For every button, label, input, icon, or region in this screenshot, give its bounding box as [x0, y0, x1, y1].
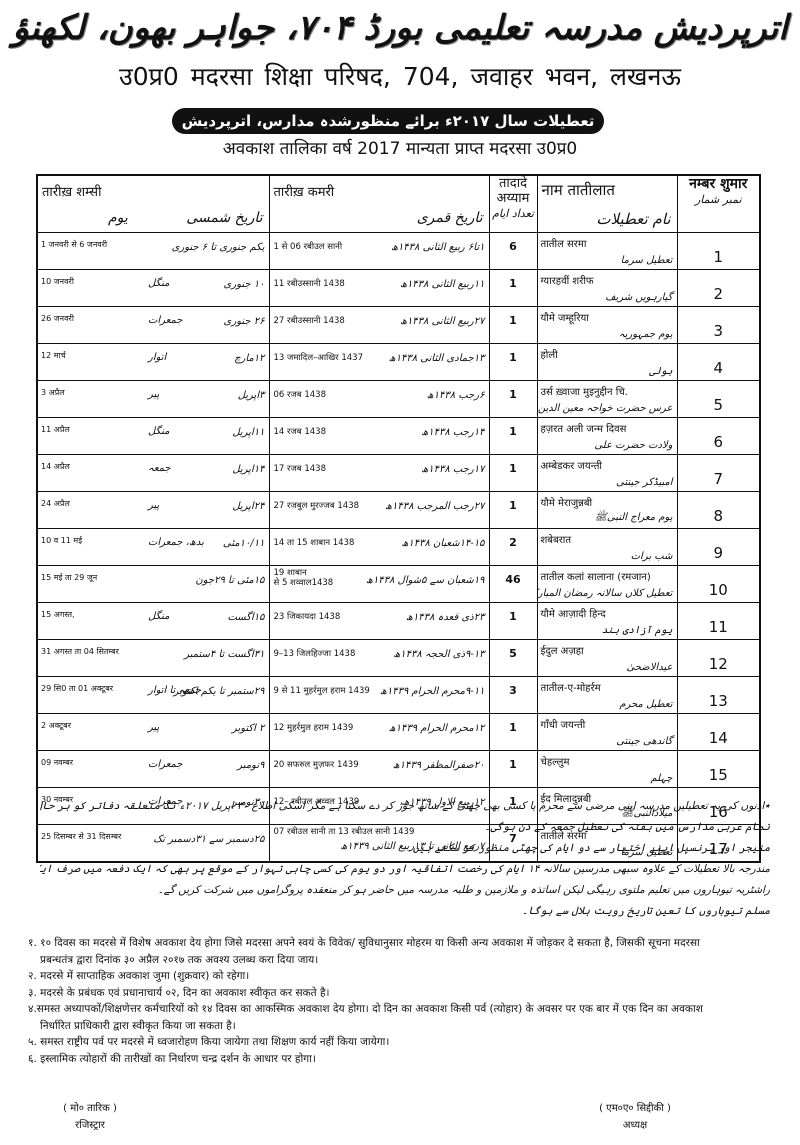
- holiday-name-urdu: تعطیل کلاں سالانہ رمضان المبارک: [537, 588, 673, 599]
- gregorian-date-urdu: ۱۰/۱۱مئی: [223, 538, 265, 549]
- holiday-name-cell: यौमे जम्हूरियाیوم جمہوریہ: [537, 307, 677, 344]
- weekday-urdu: منگل: [148, 278, 169, 289]
- hindi-note-line: ५. समस्त राष्ट्रीय पर्व पर मदरसे में ध्व…: [28, 1034, 778, 1051]
- gregorian-date-urdu: ۲۶ جنوری: [224, 316, 265, 327]
- weekday-urdu: منگل: [148, 426, 169, 437]
- holiday-name-hindi: तातील कलां सालाना (रमजान): [541, 569, 651, 583]
- hijri-date-cell: 14 ता 15 शाबान 1438۱۴-۱۵شعبان ۱۴۳۸ھ: [269, 529, 489, 566]
- weekday-urdu: پیر: [148, 500, 159, 511]
- weekday-urdu: جمعرات: [148, 315, 183, 326]
- gregorian-date-cell: 29 सि0 ता 01 अक्टूबरجمعہ تا اتوار۲۹ستمبر…: [37, 677, 269, 714]
- hijri-date-cell: 27 रजबुल मुरज्जब 1438۲۷رجب المرجب ۱۴۳۸ھ: [269, 492, 489, 529]
- table-row: 10 व 11 मईبدھ، جمعرات۱۰/۱۱مئی14 ता 15 शा…: [37, 529, 760, 566]
- gregorian-date-urdu: ۳اپریل: [238, 390, 265, 401]
- hijri-date-cell: 9–13 जिलहिज्जा 1438۹-۱۳ذی الحجہ ۱۴۳۸ھ: [269, 640, 489, 677]
- weekday-urdu: جمعہ: [148, 463, 171, 474]
- holiday-name-urdu: تعطیل محرم: [619, 699, 672, 710]
- hijri-date-hindi: 27 रबीउस्सानी 1438: [274, 316, 345, 326]
- gregorian-date-cell: 10 व 11 मईبدھ، جمعرات۱۰/۱۱مئی: [37, 529, 269, 566]
- urdu-banner: تعطیلات سال ۲۰۱۷ء برائے منظورشدہ مدارس، …: [172, 108, 604, 134]
- serial-number: 8: [677, 492, 760, 529]
- gregorian-date-cell: 15 अगस्त,منگل۱۵اگست: [37, 603, 269, 640]
- gregorian-date-urdu: ۲۴اپریل: [232, 501, 264, 512]
- gregorian-date-hindi: 09 नवम्बर: [41, 757, 73, 768]
- hijri-date-cell: 9 से 11 मुहर्रमुल हराम 1439۹-۱۱محرم الحر…: [269, 677, 489, 714]
- urdu-notes: ٭ادنوں کی یہ تعطیلیں مدرسہ اپنی مرضی سے …: [40, 796, 770, 922]
- holiday-name-urdu: یوم معراج النبیﷺ: [595, 511, 673, 525]
- serial-number: 6: [677, 418, 760, 455]
- hijri-date-hindi: 06 रजब 1438: [274, 390, 327, 400]
- hijri-date-urdu: ۲۷ربیع الثانی ۱۴۳۸ھ: [400, 316, 485, 327]
- holiday-name-hindi: यौमे मेराजुन्नबी: [541, 495, 593, 509]
- holiday-name-cell: यौमे आज़ादी हिन्दیوم آزادی ہند: [537, 603, 677, 640]
- gregorian-date-hindi: 15 अगस्त,: [41, 609, 75, 620]
- serial-number: 15: [677, 751, 760, 788]
- gregorian-date-hindi: 24 अप्रैल: [41, 498, 70, 509]
- hijri-date-hindi: 19 शाबान से 5 शव्वाल1438: [274, 568, 334, 588]
- number-of-days: 1: [489, 455, 537, 492]
- urdu-note-line: مندرجہ بالا تعطیلات کے علاوہ سبھی مدرسین…: [40, 859, 770, 880]
- gregorian-date-hindi: 31 अगस्त ता 04 सितम्बर: [41, 646, 119, 657]
- gregorian-date-urdu: ۲۹ستمبر تا یکم اکتوبر: [174, 686, 265, 697]
- hijri-date-urdu: ۲۷رجب المرجب ۱۴۳۸ھ: [385, 501, 485, 512]
- hijri-date-hindi: 11 रबीउस्सानी 1438: [274, 279, 345, 289]
- hijri-date-urdu: ۱۲محرم الحرام ۱۴۳۹ھ: [389, 723, 485, 734]
- holiday-table: तारीख़ शम्सी یوم تاریخ شمسی तारीख़ कमरी …: [36, 174, 761, 863]
- gregorian-date-urdu: ۹نومبر: [237, 760, 264, 771]
- hijri-date-hindi: 12 मुहर्रमुल हराम 1439: [274, 723, 354, 733]
- urdu-board-title: اترپردیش مدرسہ تعلیمی بورڈ ۷۰۴، جواہر بھ…: [0, 6, 800, 50]
- urdu-note-line: تمام عربی مدارس میں ہفتہ کی تعطیل جمعہ ک…: [40, 817, 770, 838]
- number-of-days: 1: [489, 270, 537, 307]
- hijri-date-urdu: ۱۷رجب ۱۴۳۸ھ: [421, 464, 484, 475]
- registrar-title: रजिस्ट्रार: [50, 1117, 130, 1134]
- gregorian-date-urdu: ۱۴اپریل: [232, 464, 264, 475]
- holiday-name-hindi: चेहल्लुम: [541, 754, 570, 768]
- weekday-urdu: اتوار: [148, 352, 166, 363]
- holiday-name-hindi: ईदुल अज़हा: [541, 643, 584, 657]
- holiday-name-urdu: یوم جمہوریہ: [619, 329, 673, 340]
- table-row: 11 अप्रैलمنگل۱۱اپریل14 रजब 1438۱۴رجب ۱۴۳…: [37, 418, 760, 455]
- hijri-date-hindi: 27 रजबुल मुरज्जब 1438: [274, 501, 360, 511]
- gregorian-date-cell: 1 जनवरी से 6 जनवरीیکم جنوری تا ۶ جنوری: [37, 233, 269, 270]
- number-of-days: 3: [489, 677, 537, 714]
- gregorian-date-cell: 15 मई ता 29 जून۱۵مئی تا ۲۹جون: [37, 566, 269, 603]
- table-row: 29 सि0 ता 01 अक्टूबरجمعہ تا اتوار۲۹ستمبر…: [37, 677, 760, 714]
- gregorian-date-urdu: یکم جنوری تا ۶ جنوری: [172, 242, 265, 253]
- gregorian-date-hindi: 15 मई ता 29 जून: [41, 572, 97, 583]
- hijri-date-urdu: ۱۴رجب ۱۴۳۸ھ: [421, 427, 484, 438]
- hijri-date-hindi: 13 जमादिल–आखिर 1437: [274, 353, 364, 363]
- hindi-notes: १. १० दिवस का मदरसे में विशेष अवकाश देय …: [28, 935, 778, 1067]
- hijri-date-hindi: 14 ता 15 शाबान 1438: [274, 538, 355, 548]
- serial-number: 2: [677, 270, 760, 307]
- table-row: 15 मई ता 29 जून۱۵مئی تا ۲۹جون19 शाबान से…: [37, 566, 760, 603]
- weekday-urdu: پیر: [148, 722, 159, 733]
- weekday-urdu: بدھ، جمعرات: [148, 537, 204, 548]
- chairman-title: अध्यक्ष: [590, 1117, 680, 1134]
- gregorian-date-urdu: ۱۵مئی تا ۲۹جون: [195, 575, 264, 586]
- table-row: 3 अप्रैलپیر۳اپریل06 रजब 1438۶رجب ۱۴۳۸ھ1उ…: [37, 381, 760, 418]
- gregorian-date-hindi: 10 व 11 मई: [41, 535, 82, 546]
- gregorian-date-cell: 31 अगस्त ता 04 सितम्बर۳۱اگست تا ۴ستمبر: [37, 640, 269, 677]
- serial-number: 1: [677, 233, 760, 270]
- table-row: 12 मार्चاتوار۱۲مارچ13 जमादिल–आखिर 1437۱۳…: [37, 344, 760, 381]
- holiday-name-cell: उर्स ख़्वाजा मुइनुद्दीन चि.عرس حضرت خواج…: [537, 381, 677, 418]
- serial-number: 4: [677, 344, 760, 381]
- urdu-note-line: منیجر اور پرنسپل اپنے اختیار سے دو ایام …: [40, 838, 770, 859]
- header-number-of-days: तादादे अय्याम تعداد ایام: [489, 175, 537, 233]
- number-of-days: 1: [489, 603, 537, 640]
- number-of-days: 1: [489, 492, 537, 529]
- hijri-date-urdu: ۹-۱۳ذی الحجہ ۱۴۳۸ھ: [393, 649, 484, 660]
- chairman-name: ( एम०ए० सिद्दीकी ): [590, 1100, 680, 1117]
- hijri-date-hindi: 17 रजब 1438: [274, 464, 327, 474]
- hindi-note-line: प्रबन्धतंत्र द्वारा दिनांक ३० अप्रैल २०१…: [28, 952, 778, 969]
- hindi-board-title: उ0प्र0 मदरसा शिक्षा परिषद, 704, जवाहर भव…: [0, 62, 800, 92]
- hijri-date-cell: 27 रबीउस्सानी 1438۲۷ربیع الثانی ۱۴۳۸ھ: [269, 307, 489, 344]
- hindi-note-line: निर्धारित प्राधिकारी द्वारा स्वीकृत किया…: [28, 1018, 778, 1035]
- table-header-row: तारीख़ शम्सी یوم تاریخ شمسی तारीख़ कमरी …: [37, 175, 760, 233]
- gregorian-date-cell: 2 अक्टूबरپیر۲ اکتوبر: [37, 714, 269, 751]
- holiday-name-cell: ग्यारहवीं शरीफگیارہویں شریف: [537, 270, 677, 307]
- hijri-date-urdu: ۲۳ذی قعدہ ۱۴۳۸ھ: [406, 612, 485, 623]
- registrar-name: ( मो० तारिक ): [50, 1100, 130, 1117]
- hijri-date-urdu: ۱۴-۱۵شعبان ۱۴۳۸ھ: [401, 538, 484, 549]
- hijri-date-urdu: ۱۹شعبان سے ۵شوال ۱۴۳۸ھ: [366, 575, 485, 586]
- holiday-name-urdu: چہلم: [650, 773, 672, 784]
- weekday-urdu: منگل: [148, 611, 169, 622]
- holiday-name-urdu: شب برات: [631, 551, 673, 562]
- gregorian-date-hindi: 11 अप्रैल: [41, 424, 70, 435]
- number-of-days: 46: [489, 566, 537, 603]
- hijri-date-urdu: ۱۳جمادی الثانی ۱۴۳۸ھ: [389, 353, 485, 364]
- chairman-signature: ( एम०ए० सिद्दीकी ) अध्यक्ष: [590, 1100, 680, 1134]
- table-row: 26 जनवरीجمعرات۲۶ جنوری27 रबीउस्सानी 1438…: [37, 307, 760, 344]
- hijri-date-urdu: ۱تا۶ ربیع الثانی ۱۴۳۸ھ: [391, 242, 485, 253]
- hijri-date-cell: 12 मुहर्रमुल हराम 1439۱۲محرم الحرام ۱۴۳۹…: [269, 714, 489, 751]
- table-row: 1 जनवरी से 6 जनवरीیکم جنوری تا ۶ جنوری1 …: [37, 233, 760, 270]
- holiday-name-cell: तातील-ए-मोहर्रमتعطیل محرم: [537, 677, 677, 714]
- weekday-urdu: پیر: [148, 389, 159, 400]
- table-row: 2 अक्टूबरپیر۲ اکتوبر12 मुहर्रमुल हराम 14…: [37, 714, 760, 751]
- serial-number: 5: [677, 381, 760, 418]
- holiday-name-hindi: अम्बेडकर जयन्ती: [541, 458, 603, 472]
- table-row: 10 जनवरीمنگل۱۰ جنوری11 रबीउस्सानी 1438۱۱…: [37, 270, 760, 307]
- holiday-name-hindi: तातील-ए-मोहर्रम: [541, 680, 601, 694]
- hindi-note-line: ६. इस्लामिक त्योहारों की तारीखों का निर्…: [28, 1051, 778, 1068]
- gregorian-date-hindi: 12 मार्च: [41, 350, 66, 361]
- serial-number: 12: [677, 640, 760, 677]
- registrar-signature: ( मो० तारिक ) रजिस्ट्रार: [50, 1100, 130, 1134]
- number-of-days: 2: [489, 529, 537, 566]
- number-of-days: 6: [489, 233, 537, 270]
- hijri-date-cell: 06 रजब 1438۶رجب ۱۴۳۸ھ: [269, 381, 489, 418]
- holiday-name-cell: होलीہولی: [537, 344, 677, 381]
- serial-number: 9: [677, 529, 760, 566]
- gregorian-date-urdu: ۱۰ جنوری: [224, 279, 265, 290]
- serial-number: 13: [677, 677, 760, 714]
- holiday-name-cell: तातील कलां सालाना (रमजान)تعطیل کلاں سالا…: [537, 566, 677, 603]
- holiday-name-urdu: گاندھی جینتی: [616, 736, 672, 747]
- urdu-note-line: ٭ادنوں کی یہ تعطیلیں مدرسہ اپنی مرضی سے …: [40, 796, 770, 817]
- number-of-days: 5: [489, 640, 537, 677]
- gregorian-date-hindi: 14 अप्रैल: [41, 461, 70, 472]
- hindi-subtitle: अवकाश तालिका वर्ष 2017 मान्यता प्राप्त म…: [0, 138, 800, 160]
- table-row: 31 अगस्त ता 04 सितम्बर۳۱اگست تا ۴ستمبر9–…: [37, 640, 760, 677]
- holiday-name-cell: यौमे मेराजुन्नबीیوم معراج النبیﷺ: [537, 492, 677, 529]
- serial-number: 3: [677, 307, 760, 344]
- gregorian-date-cell: 11 अप्रैलمنگل۱۱اپریل: [37, 418, 269, 455]
- holiday-name-hindi: होली: [541, 347, 558, 361]
- serial-number: 11: [677, 603, 760, 640]
- serial-number: 14: [677, 714, 760, 751]
- hindi-note-line: ४.समस्त अध्यापकों/शिक्षणेत्तर कर्मचारियो…: [28, 1001, 778, 1018]
- hijri-date-hindi: 14 रजब 1438: [274, 427, 327, 437]
- hijri-date-cell: 11 रबीउस्सानी 1438۱۱ربیع الثانی ۱۴۳۸ھ: [269, 270, 489, 307]
- holiday-name-hindi: यौमे जम्हूरिया: [541, 310, 589, 324]
- holiday-name-urdu: عیدالاضحیٰ: [627, 662, 673, 673]
- table-row: 09 नवम्बरجمعرات۹نومبر20 सफरुल मुज़फर 143…: [37, 751, 760, 788]
- table-row: 24 अप्रैलپیر۲۴اپریل27 रजबुल मुरज्जब 1438…: [37, 492, 760, 529]
- urdu-note-line: راشٹریہ تیوہاروں میں تعلیم ملتوی رہیگی ل…: [40, 880, 770, 901]
- gregorian-date-hindi: 29 सि0 ता 01 अक्टूबर: [41, 683, 113, 694]
- holiday-name-cell: तातील सरमाتعطیل سرما: [537, 233, 677, 270]
- holiday-name-urdu: ولادت حضرت علی: [594, 440, 672, 451]
- hindi-note-line: ३. मदरसे के प्रबंधक एवं प्रधानाचार्य ०२,…: [28, 985, 778, 1002]
- gregorian-date-cell: 24 अप्रैलپیر۲۴اپریل: [37, 492, 269, 529]
- holiday-name-urdu: یوم آزادی ہند: [602, 625, 673, 636]
- hijri-date-hindi: 20 सफरुल मुज़फर 1439: [274, 760, 359, 770]
- hijri-date-hindi: 1 से 06 रबीउल सानी: [274, 242, 343, 252]
- header-holiday-name: नाम तातीलात نام تعطیلات: [537, 175, 677, 233]
- hijri-date-urdu: ۹-۱۱محرم الحرام ۱۴۳۹ھ: [380, 686, 485, 697]
- gregorian-date-hindi: 26 जनवरी: [41, 313, 74, 324]
- hindi-note-line: २. मदरसे में साप्ताहिक अवकाश जुमा (शुक्र…: [28, 968, 778, 985]
- hijri-date-cell: 23 जिकायदा 1438۲۳ذی قعدہ ۱۴۳۸ھ: [269, 603, 489, 640]
- holiday-name-cell: चेहल्लुमچہلم: [537, 751, 677, 788]
- number-of-days: 1: [489, 751, 537, 788]
- gregorian-date-cell: 10 जनवरीمنگل۱۰ جنوری: [37, 270, 269, 307]
- holiday-name-hindi: गाँधी जयन्ती: [541, 717, 586, 731]
- gregorian-date-cell: 09 नवम्बरجمعرات۹نومبر: [37, 751, 269, 788]
- hijri-date-cell: 14 रजब 1438۱۴رجب ۱۴۳۸ھ: [269, 418, 489, 455]
- gregorian-date-cell: 12 मार्चاتوار۱۲مارچ: [37, 344, 269, 381]
- header-serial-number: नम्बर शुमार نمبر شمار: [677, 175, 760, 233]
- gregorian-date-hindi: 1 जनवरी से 6 जनवरी: [41, 239, 107, 250]
- gregorian-date-cell: 26 जनवरीجمعرات۲۶ جنوری: [37, 307, 269, 344]
- number-of-days: 1: [489, 307, 537, 344]
- holiday-name-hindi: उर्स ख़्वाजा मुइनुद्दीन चि.: [541, 384, 628, 398]
- gregorian-date-cell: 14 अप्रैलجمعہ۱۴اپریل: [37, 455, 269, 492]
- hijri-date-cell: 17 रजब 1438۱۷رجب ۱۴۳۸ھ: [269, 455, 489, 492]
- hijri-date-cell: 19 शाबान से 5 शव्वाल1438۱۹شعبان سے ۵شوال…: [269, 566, 489, 603]
- holiday-name-hindi: शबेबरात: [541, 532, 572, 546]
- urdu-note-line: مسلم تیوہاروں کا تعین تاریخ رویت ہلال سے…: [40, 901, 770, 922]
- gregorian-date-urdu: ۳۱اگست تا ۴ستمبر: [184, 649, 264, 660]
- serial-number: 10: [677, 566, 760, 603]
- header-hijri-date: तारीख़ कमरी تاریخ قمری: [269, 175, 489, 233]
- hijri-date-cell: 13 जमादिल–आखिर 1437۱۳جمادی الثانی ۱۴۳۸ھ: [269, 344, 489, 381]
- gregorian-date-hindi: 2 अक्टूबर: [41, 720, 71, 731]
- holiday-name-urdu: امبیڈکر جینتی: [616, 477, 672, 488]
- gregorian-date-urdu: ۱۵اگست: [227, 612, 264, 623]
- holiday-name-hindi: यौमे आज़ादी हिन्द: [541, 606, 606, 620]
- hijri-date-urdu: ۲۰صفرالمظفر ۱۴۳۹ھ: [393, 760, 485, 771]
- holiday-name-hindi: तातील सरमा: [541, 236, 587, 250]
- weekday-urdu: جمعرات: [148, 759, 183, 770]
- hijri-date-hindi: 23 जिकायदा 1438: [274, 612, 341, 622]
- table-row: 14 अप्रैलجمعہ۱۴اپریل17 रजब 1438۱۷رجب ۱۴۳…: [37, 455, 760, 492]
- holiday-name-cell: गाँधी जयन्तीگاندھی جینتی: [537, 714, 677, 751]
- header-gregorian-date: तारीख़ शम्सी یوم تاریخ شمسی: [37, 175, 269, 233]
- number-of-days: 1: [489, 714, 537, 751]
- hijri-date-cell: 1 से 06 रबीउल सानी۱تا۶ ربیع الثانی ۱۴۳۸ھ: [269, 233, 489, 270]
- number-of-days: 1: [489, 418, 537, 455]
- gregorian-date-urdu: ۱۲مارچ: [234, 353, 264, 364]
- holiday-name-hindi: ग्यारहवीं शरीफ: [541, 273, 594, 287]
- hijri-date-hindi: 9–13 जिलहिज्जा 1438: [274, 649, 356, 659]
- holiday-name-urdu: ہولی: [649, 366, 672, 377]
- serial-number: 7: [677, 455, 760, 492]
- gregorian-date-urdu: ۱۱اپریل: [232, 427, 264, 438]
- gregorian-date-hindi: 10 जनवरी: [41, 276, 74, 287]
- hijri-date-cell: 20 सफरुल मुज़फर 1439۲۰صفرالمظفر ۱۴۳۹ھ: [269, 751, 489, 788]
- gregorian-date-cell: 3 अप्रैलپیر۳اپریل: [37, 381, 269, 418]
- holiday-name-hindi: हज़रत अली जन्म दिवस: [541, 421, 627, 435]
- holiday-name-urdu: تعطیل سرما: [621, 255, 673, 266]
- holiday-name-cell: ईदुल अज़हाعیدالاضحیٰ: [537, 640, 677, 677]
- holiday-name-cell: शबेबरातشب برات: [537, 529, 677, 566]
- hijri-date-hindi: 9 से 11 मुहर्रमुल हराम 1439: [274, 686, 370, 696]
- holiday-name-urdu: عرس حضرت خواجہ معین الدین چشتی: [537, 403, 673, 414]
- holiday-name-cell: हज़रत अली जन्म दिवसولادت حضرت علی: [537, 418, 677, 455]
- gregorian-date-urdu: ۲ اکتوبر: [232, 723, 265, 734]
- number-of-days: 1: [489, 344, 537, 381]
- table-row: 15 अगस्त,منگل۱۵اگست23 जिकायदा 1438۲۳ذی ق…: [37, 603, 760, 640]
- hijri-date-urdu: ۶رجب ۱۴۳۸ھ: [427, 390, 485, 401]
- hijri-date-urdu: ۱۱ربیع الثانی ۱۴۳۸ھ: [400, 279, 485, 290]
- hindi-note-line: १. १० दिवस का मदरसे में विशेष अवकाश देय …: [28, 935, 778, 952]
- number-of-days: 1: [489, 381, 537, 418]
- holiday-name-cell: अम्बेडकर जयन्तीامبیڈکر جینتی: [537, 455, 677, 492]
- gregorian-date-hindi: 3 अप्रैल: [41, 387, 65, 398]
- holiday-name-urdu: گیارہویں شریف: [605, 292, 672, 303]
